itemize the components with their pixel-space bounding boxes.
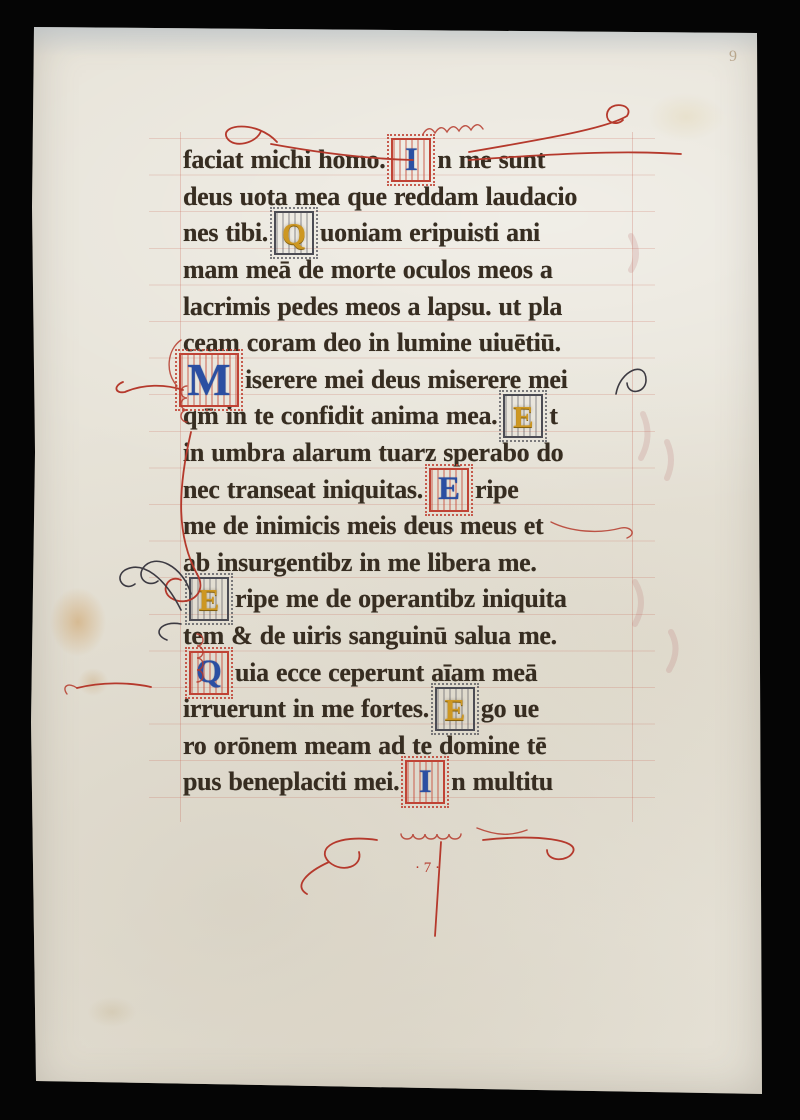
stain (39, 574, 117, 670)
text-run: tem & de uiris sanguinū salua me. (183, 621, 557, 651)
text-run: mam meā de morte oculos meos a (183, 255, 553, 285)
illuminated-initial-E: E (503, 394, 543, 438)
quire-mark: · 7 · (415, 860, 440, 876)
text-run: ripe (475, 475, 519, 505)
text-line: in umbra alarum tuarz sperabo do (183, 435, 645, 472)
illuminated-initial-E: E (189, 577, 229, 621)
text-run: nes tibi. (183, 218, 268, 248)
text-line: irruerunt in me fortes.Ego ue (183, 691, 645, 728)
text-run: ceam coram deo in lumine uiuētiū. (183, 328, 561, 358)
text-line: deus uota mea que reddam laudacio (183, 179, 645, 216)
illuminated-initial-I: I (405, 760, 445, 804)
text-line: nes tibi.Quoniam eripuisti ani (183, 215, 645, 252)
text-line: qm̄ in te confidit anima mea.Et (183, 398, 645, 435)
text-line: Quia ecce ceperunt aīam meā (183, 654, 645, 691)
text-run: n multitu (451, 767, 553, 797)
illuminated-initial-M: M (179, 353, 239, 407)
text-line: ceam coram deo in lumine uiuētiū. (183, 325, 645, 362)
top-shadow-band (31, 22, 763, 56)
illuminated-initial-E: E (429, 468, 469, 512)
text-line: Eripe me de operantibz iniquita (183, 581, 645, 618)
text-run: go ue (481, 694, 539, 724)
folio-number: 9 (729, 48, 737, 66)
text-run: ab insurgentibz in me libera me. (183, 548, 537, 578)
text-run: ripe me de operantibz iniquita (235, 584, 567, 614)
text-line: pus beneplaciti mei.In multitu (183, 764, 645, 801)
text-run: ro orōnem meam ad te domine tē (183, 731, 546, 761)
text-line: faciat michi homo.In me sunt (183, 142, 645, 179)
illuminated-initial-I: I (391, 138, 431, 182)
text-run: faciat michi homo. (183, 145, 385, 175)
text-run: lacrimis pedes meos a lapsu. ut pla (183, 292, 562, 322)
text-block: faciat michi homo.In me suntdeus uota me… (183, 142, 645, 801)
illuminated-initial-Q: Q (189, 651, 229, 695)
text-run: pus beneplaciti mei. (183, 767, 399, 797)
text-run: me de inimicis meis deus meus et (183, 511, 543, 541)
text-line: Miserere mei deus miserere mei (183, 362, 645, 399)
text-run: uoniam eripuisti ani (320, 218, 540, 248)
vertical-ruling-left (180, 132, 181, 822)
stain (71, 662, 115, 702)
photo-stage: 9 faciat michi homo.In me suntdeus uota … (0, 0, 800, 1120)
stain (77, 990, 147, 1034)
text-line: ro orōnem meam ad te domine tē (183, 728, 645, 765)
text-run: t (549, 401, 557, 431)
text-line: nec transeat iniquitas.Eripe (183, 471, 645, 508)
text-run: iserere mei deus miserere mei (245, 365, 568, 395)
text-run: in umbra alarum tuarz sperabo do (183, 438, 563, 468)
text-line: tem & de uiris sanguinū salua me. (183, 618, 645, 655)
text-line: mam meā de morte oculos meos a (183, 252, 645, 289)
parchment-leaf: 9 faciat michi homo.In me suntdeus uota … (31, 22, 763, 1096)
illuminated-initial-Q: Q (274, 211, 314, 255)
bottom-cadel-flourish: · 7 · (301, 828, 573, 936)
text-run: n me sunt (437, 145, 545, 175)
text-run: irruerunt in me fortes. (183, 694, 429, 724)
text-line: me de inimicis meis deus meus et (183, 508, 645, 545)
text-run: nec transeat iniquitas. (183, 475, 423, 505)
text-line: lacrimis pedes meos a lapsu. ut pla (183, 288, 645, 325)
text-run: deus uota mea que reddam laudacio (183, 182, 577, 212)
text-line: ab insurgentibz in me libera me. (183, 545, 645, 582)
illuminated-initial-E: E (435, 687, 475, 731)
text-run: uia ecce ceperunt aīam meā (235, 658, 537, 688)
